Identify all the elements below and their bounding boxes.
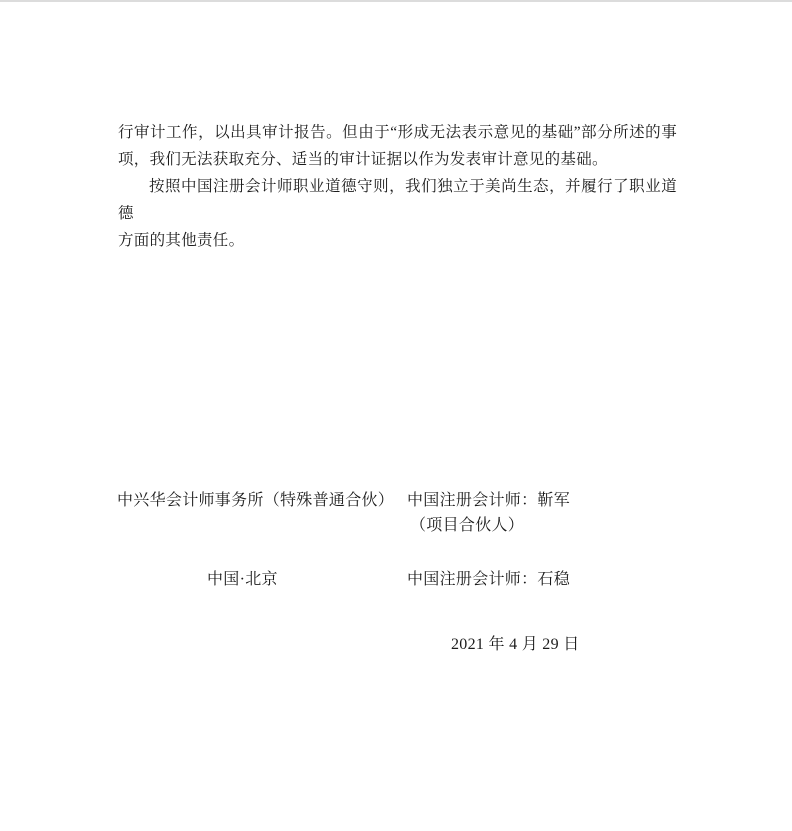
cpa-signature-2: 中国注册会计师：石稳 xyxy=(407,570,570,590)
firm-location: 中国·北京 xyxy=(207,570,278,590)
paragraph1-line1: 行审计工作，以出具审计报告。但由于“形成无法表示意见的基础”部分所述的事 xyxy=(118,119,677,146)
audit-report-page: 行审计工作，以出具审计报告。但由于“形成无法表示意见的基础”部分所述的事 项，我… xyxy=(0,0,792,831)
cpa1-role: （项目合伙人） xyxy=(410,516,524,536)
paragraph1-line2: 项，我们无法获取充分、适当的审计证据以作为发表审计意见的基础。 xyxy=(118,146,677,173)
firm-name: 中兴华会计师事务所（特殊普通合伙） xyxy=(117,491,394,511)
audit-body-text: 行审计工作，以出具审计报告。但由于“形成无法表示意见的基础”部分所述的事 项，我… xyxy=(118,119,677,254)
report-date: 2021 年 4 月 29 日 xyxy=(451,635,580,655)
paragraph2-line2: 方面的其他责任。 xyxy=(118,227,677,254)
paragraph2-line1: 按照中国注册会计师职业道德守则，我们独立于美尚生态，并履行了职业道德 xyxy=(118,173,677,227)
cpa-signature-1: 中国注册会计师：靳军 xyxy=(407,491,570,511)
page-top-divider xyxy=(0,0,792,2)
